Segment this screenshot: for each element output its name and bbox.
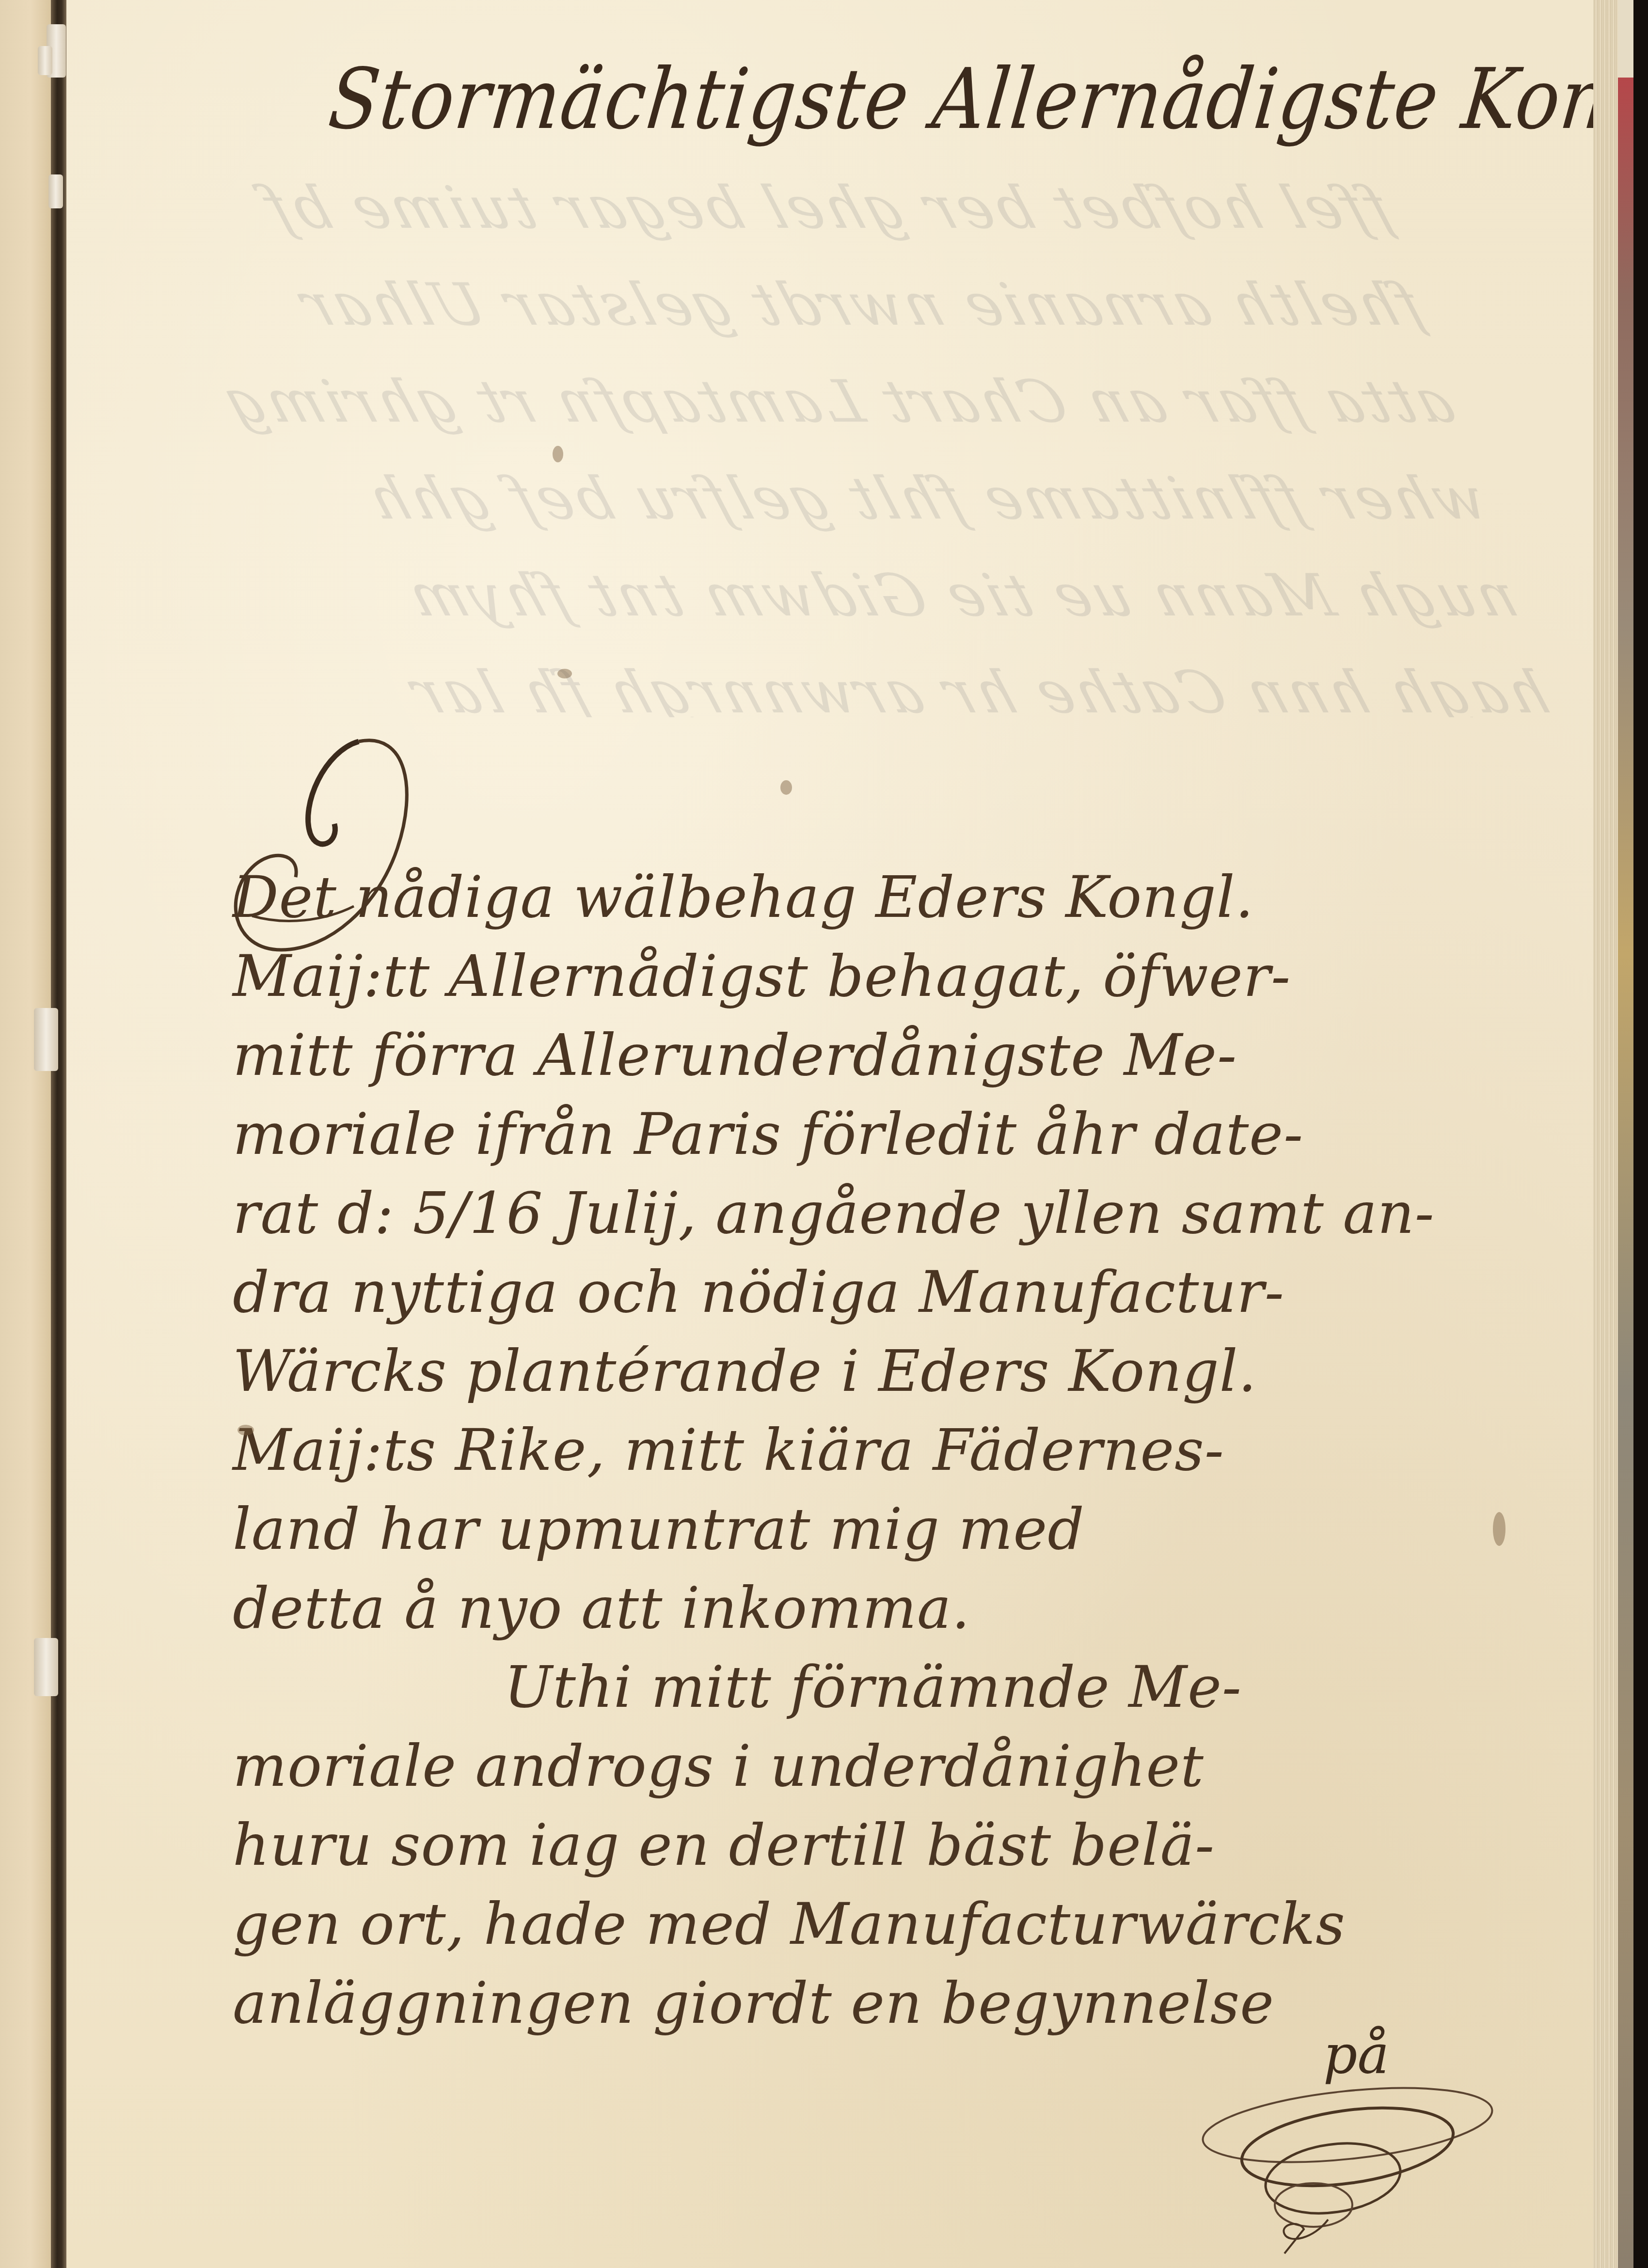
binding-stitch	[34, 1008, 58, 1071]
book-gutter	[51, 0, 66, 2268]
text-line: Det nådiga wälbehag Eders Kongl.	[233, 858, 1493, 937]
text-line: Wärcks plantérande i Eders Kongl.	[233, 1332, 1493, 1411]
ink-stain	[238, 1425, 254, 1435]
ink-stain	[1493, 1512, 1505, 1546]
letter-body: Det nådiga wälbehag Eders Kongl. Maij:tt…	[233, 858, 1493, 2043]
book-cover-shadow	[1633, 0, 1648, 2268]
text-line: anläggningen giordt en begynnelse	[233, 1964, 1493, 2043]
book-spine-edge	[1618, 0, 1633, 78]
binding-stitch	[34, 1638, 58, 1696]
text-line: Maij:tt Allernådigst behagat, öfwer-	[233, 937, 1493, 1016]
text-line: dra nyttiga och nödiga Manufactur-	[233, 1253, 1493, 1332]
text-line: detta å nyo att inkomma.	[233, 1569, 1493, 1648]
text-line: moriale ifrån Paris förledit åhr date-	[233, 1095, 1493, 1174]
text-line: Maij:ts Rike, mitt kiära Fädernes-	[233, 1411, 1493, 1490]
text-line: moriale androgs i underdånighet	[233, 1727, 1493, 1806]
scroll-flourish-icon	[1168, 2074, 1498, 2263]
ink-stain	[553, 446, 563, 462]
text-line: gen ort, hade med Manufacturwärcks	[233, 1885, 1493, 1964]
text-line: huru som iag en dertill bäst belä-	[233, 1806, 1493, 1885]
ink-stain	[780, 780, 792, 795]
text-line: rat d: 5/16 Julij, angående yllen samt a…	[233, 1174, 1493, 1253]
binding-stitch	[38, 46, 52, 75]
text-line: land har upmuntrat mig med	[233, 1490, 1493, 1569]
paragraph-1: Det nådiga wälbehag Eders Kongl. Maij:tt…	[233, 858, 1493, 1648]
ink-stain	[557, 669, 572, 678]
binding-stitch	[48, 174, 63, 208]
book-spine-edge	[1618, 78, 1633, 2268]
text-line: mitt förra Allerunderdånigste Me-	[233, 1016, 1493, 1095]
text-line: Uthi mitt förnämnde Me-	[233, 1648, 1493, 1727]
paragraph-2: Uthi mitt förnämnde Me- moriale androgs …	[233, 1648, 1493, 2043]
letter-salutation-heading: Stormächtigste Allernådigste Konung	[324, 51, 1498, 148]
left-facing-leaf	[0, 0, 51, 2268]
